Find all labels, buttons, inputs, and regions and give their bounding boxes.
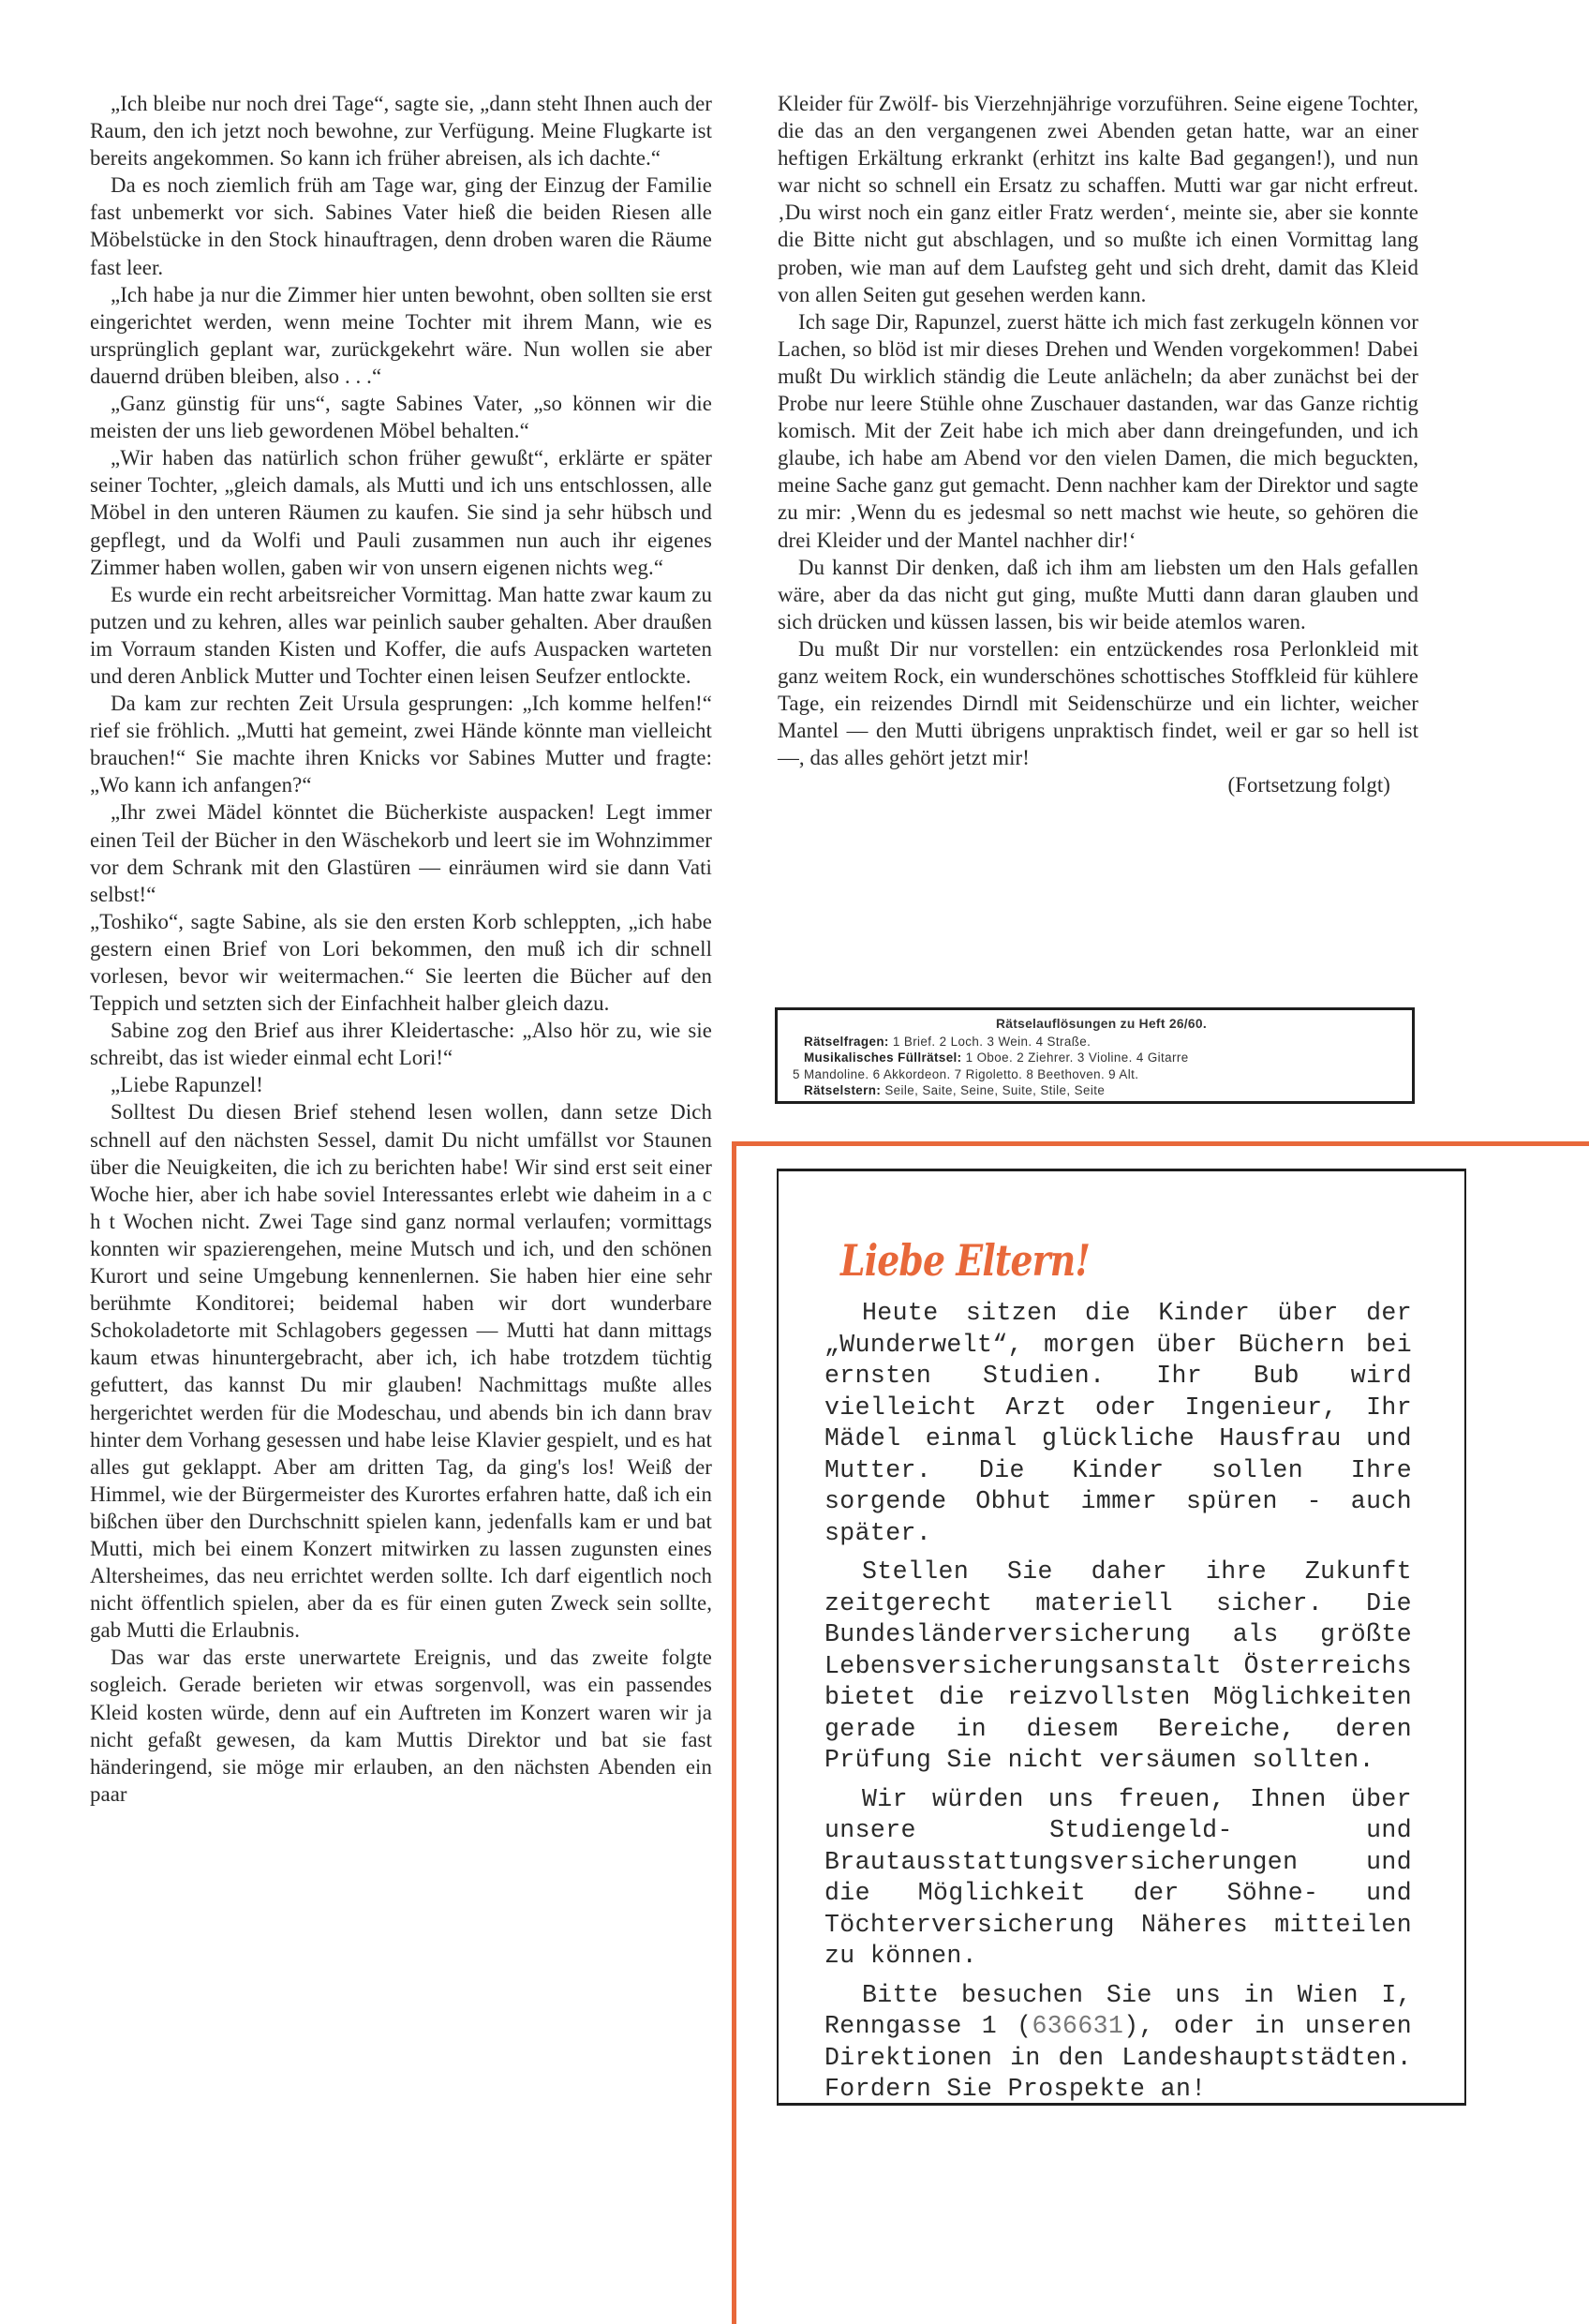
story-paragraph: „Toshiko“, sagte Sabine, als sie den ers… [90, 908, 712, 1017]
solutions-label: Rätselfragen: [804, 1035, 889, 1049]
solutions-text: 1 Oboe. 2 Ziehrer. 3 Violine. 4 Gitarre [962, 1050, 1189, 1065]
story-paragraph: „Ganz günstig für uns“, sagte Sabines Va… [90, 390, 712, 444]
solutions-label: Rätselstern: [804, 1083, 881, 1097]
story-paragraph: Du kannst Dir denken, daß ich ihm am lie… [778, 554, 1418, 635]
story-paragraph: Da es noch ziemlich früh am Tage war, gi… [90, 171, 712, 280]
solutions-line: Rätselstern: Seile, Saite, Seine, Suite,… [804, 1082, 1399, 1099]
solutions-line: Rätselfragen: 1 Brief. 2 Loch. 3 Wein. 4… [804, 1034, 1399, 1050]
ad-body: Heute sitzen die Kinder über der „Wunder… [824, 1298, 1412, 2113]
story-paragraph: Ich sage Dir, Rapunzel, zuerst hätte ich… [778, 308, 1418, 554]
letter-salutation: „Liebe Rapunzel! [90, 1071, 712, 1098]
story-paragraph: Kleider für Zwölf- bis Vierzehnjährige v… [778, 90, 1418, 308]
story-column-right: Kleider für Zwölf- bis Vierzehnjährige v… [778, 90, 1418, 798]
story-paragraph: Das war das erste unerwartete Ereignis, … [90, 1644, 712, 1808]
solutions-text: Seile, Saite, Seine, Suite, Stile, Seite [881, 1083, 1105, 1097]
ad-frame-top-rule [734, 1141, 1589, 1146]
story-paragraph: „Ich bleibe nur noch drei Tage“, sagte s… [90, 90, 712, 171]
ad-phone-number: 636631 [1032, 2012, 1123, 2040]
ad-frame-left-rule [732, 1141, 736, 2324]
story-paragraph: Es wurde ein recht arbeitsreicher Vormit… [90, 581, 712, 690]
ad-headline: Liebe Eltern! [840, 1235, 1090, 1286]
puzzle-solutions-box: Rätselauflösungen zu Heft 26/60. Rätself… [775, 1007, 1415, 1104]
solutions-line: 5 Mandoline. 6 Akkordeon. 7 Rigoletto. 8… [793, 1066, 1399, 1083]
story-paragraph: Du mußt Dir nur vorstellen: ein entzücke… [778, 635, 1418, 771]
ad-paragraph: Wir würden uns freuen, Ihnen über unsere… [824, 1784, 1412, 1973]
ad-paragraph: Heute sitzen die Kinder über der „Wunder… [824, 1298, 1412, 1549]
magazine-page: „Ich bleibe nur noch drei Tage“, sagte s… [0, 0, 1589, 2324]
story-paragraph: „Ihr zwei Mädel könntet die Bücherkiste … [90, 798, 712, 907]
solutions-line: Musikalisches Füllrätsel: 1 Oboe. 2 Zieh… [804, 1050, 1399, 1066]
continued-note: (Fortsetzung folgt) [778, 771, 1418, 798]
story-paragraph: Da kam zur rechten Zeit Ursula gesprunge… [90, 690, 712, 798]
story-paragraph: Sabine zog den Brief aus ihrer Kleiderta… [90, 1017, 712, 1071]
story-paragraph: Solltest Du diesen Brief stehend lesen w… [90, 1098, 712, 1644]
story-paragraph: „Ich habe ja nur die Zimmer hier unten b… [90, 281, 712, 390]
ad-contact-paragraph: Bitte besuchen Sie uns in Wien I, Rennga… [824, 1980, 1412, 2106]
solutions-label: Musikalisches Füllrätsel: [804, 1050, 962, 1065]
story-paragraph: „Wir haben das natürlich schon früher ge… [90, 444, 712, 580]
insurance-advertisement: Liebe Eltern! Heute sitzen die Kinder üb… [777, 1169, 1466, 2106]
solutions-text: 1 Brief. 2 Loch. 3 Wein. 4 Straße. [889, 1035, 1091, 1049]
story-column-left: „Ich bleibe nur noch drei Tage“, sagte s… [90, 90, 712, 1808]
solutions-text: 5 Mandoline. 6 Akkordeon. 7 Rigoletto. 8… [793, 1067, 1138, 1081]
ad-paragraph: Stellen Sie daher ihre Zukunft zeitgerec… [824, 1557, 1412, 1777]
solutions-title: Rätselauflösungen zu Heft 26/60. [804, 1016, 1399, 1033]
